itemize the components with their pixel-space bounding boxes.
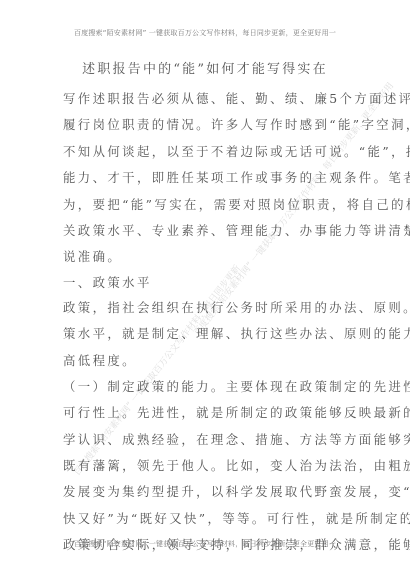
text-line: 既有藩篱，领先于他人。比如，变人治为法治，由粗放型 bbox=[63, 453, 347, 479]
text-line: 发展变为集约型提升，以科学发展取代野蛮发展，变“既 bbox=[63, 479, 347, 505]
text-line: 不知从何谈起，以至于不着边际或无话可说。“能”，指 bbox=[63, 139, 347, 165]
paragraph-policy-definition: 政策，指社会组织在执行公务时所采用的办法、原则。政 策水平，就是制定、理解、执行… bbox=[63, 295, 347, 374]
text-line: 政策，指社会组织在执行公务时所采用的办法、原则。政 bbox=[63, 295, 347, 321]
text-line: 说准确。 bbox=[63, 244, 347, 270]
document-title: 述职报告中的“能”如何才能写得实在 bbox=[0, 58, 410, 77]
section-heading: 一、政策水平 bbox=[63, 271, 347, 295]
text-line: 为，要把“能”写实在，需要对照岗位职责，将自己的相 bbox=[63, 192, 347, 218]
document-page: 百度搜索“陌安素材网” 一键获取百万公文写作材料，每日同步更新，更全更好用一 百… bbox=[0, 0, 410, 580]
text-line: 关政策水平、专业素养、管理能力、办事能力等讲清楚， bbox=[63, 218, 347, 244]
text-line: （一）制定政策的能力。主要体现在政策制定的先进性与 bbox=[63, 374, 347, 400]
text-line: 可行性上。先进性，就是所制定的政策能够反映最新的科 bbox=[63, 400, 347, 426]
paragraph-policy-making: （一）制定政策的能力。主要体现在政策制定的先进性与 可行性上。先进性，就是所制定… bbox=[63, 374, 347, 559]
text-line: 能力、才干，即胜任某项工作或事务的主观条件。笔者以 bbox=[63, 165, 347, 191]
paragraph-intro: 写作述职报告必须从德、能、勤、绩、廉5个方面述评自己 履行岗位职责的情况。许多人… bbox=[63, 86, 347, 271]
page-footer-runner: 百度搜索“陌安素材网” 一键获取百万公文写作材料，每日同步更新，更全更好用一 bbox=[0, 539, 410, 549]
text-line: 履行岗位职责的情况。许多人写作时感到“能”字空洞， bbox=[63, 112, 347, 138]
text-line: 写作述职报告必须从德、能、勤、绩、廉5个方面述评自己 bbox=[63, 86, 347, 112]
document-body: 写作述职报告必须从德、能、勤、绩、廉5个方面述评自己 履行岗位职责的情况。许多人… bbox=[63, 86, 347, 559]
text-line: 高低程度。 bbox=[63, 348, 347, 374]
text-line: 学认识、成熟经验，在理念、措施、方法等方面能够突破 bbox=[63, 427, 347, 453]
text-line: 策水平，就是制定、理解、执行这些办法、原则的能力的 bbox=[63, 321, 347, 347]
page-header-runner: 百度搜索“陌安素材网” 一键获取百万公文写作材料，每日同步更新，更全更好用一 bbox=[0, 28, 410, 38]
text-line: 快又好”为“既好又快”，等等。可行性，就是所制定的 bbox=[63, 506, 347, 532]
